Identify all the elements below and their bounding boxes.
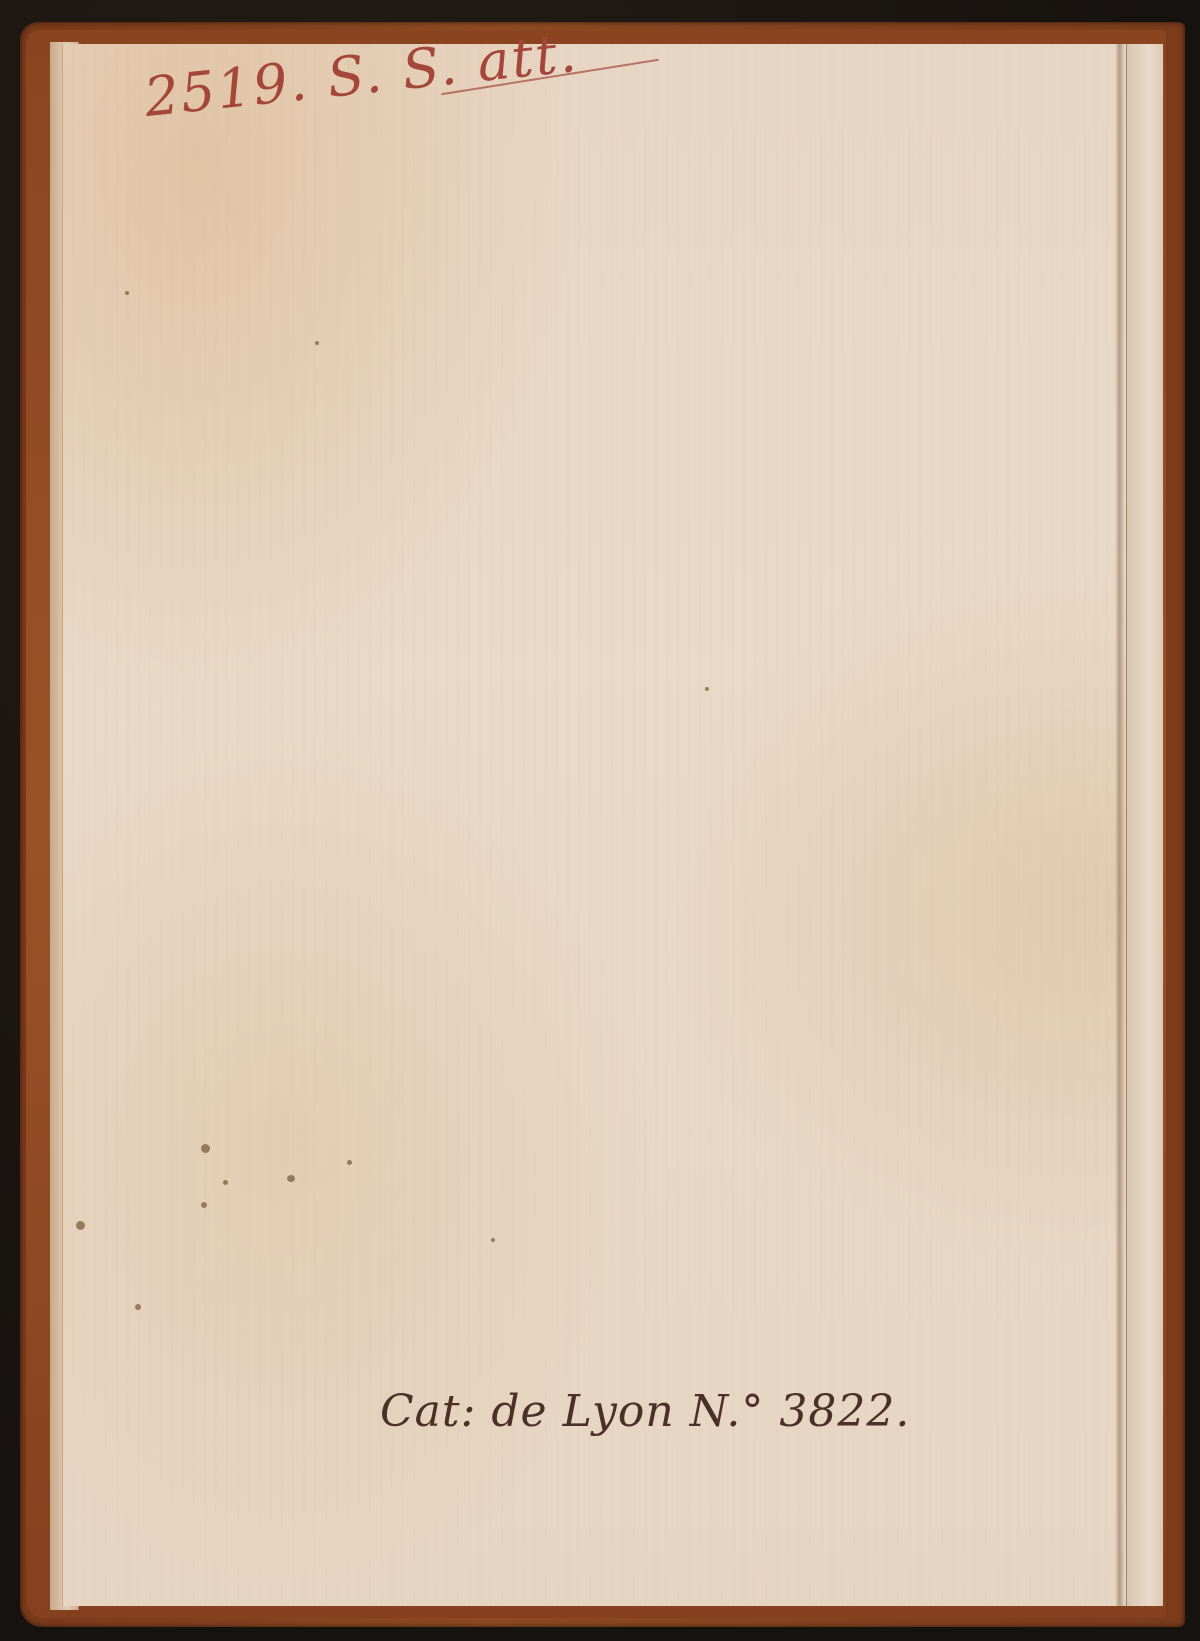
foxing-spot: [315, 341, 319, 345]
foxing-spot: [76, 1221, 85, 1230]
foxing-spot: [223, 1180, 228, 1185]
next-leaf-edge: [1126, 44, 1163, 1606]
foxing-spot: [201, 1144, 210, 1153]
foxing-spot: [135, 1304, 141, 1310]
gutter-fold: [1115, 44, 1125, 1606]
foxing-spot: [347, 1160, 352, 1165]
endpaper-page: [62, 44, 1163, 1606]
foxing-spot: [705, 687, 709, 691]
foxing-spot: [491, 1238, 495, 1242]
catalogue-note-inscription: Cat: de Lyon N.° 3822.: [380, 1386, 910, 1437]
foxing-spot: [125, 291, 129, 295]
book-scan: 2519. S. S. att. Cat: de Lyon N.° 3822.: [0, 0, 1200, 1641]
foxing-spot: [201, 1202, 207, 1208]
foxing-spot: [287, 1175, 295, 1182]
